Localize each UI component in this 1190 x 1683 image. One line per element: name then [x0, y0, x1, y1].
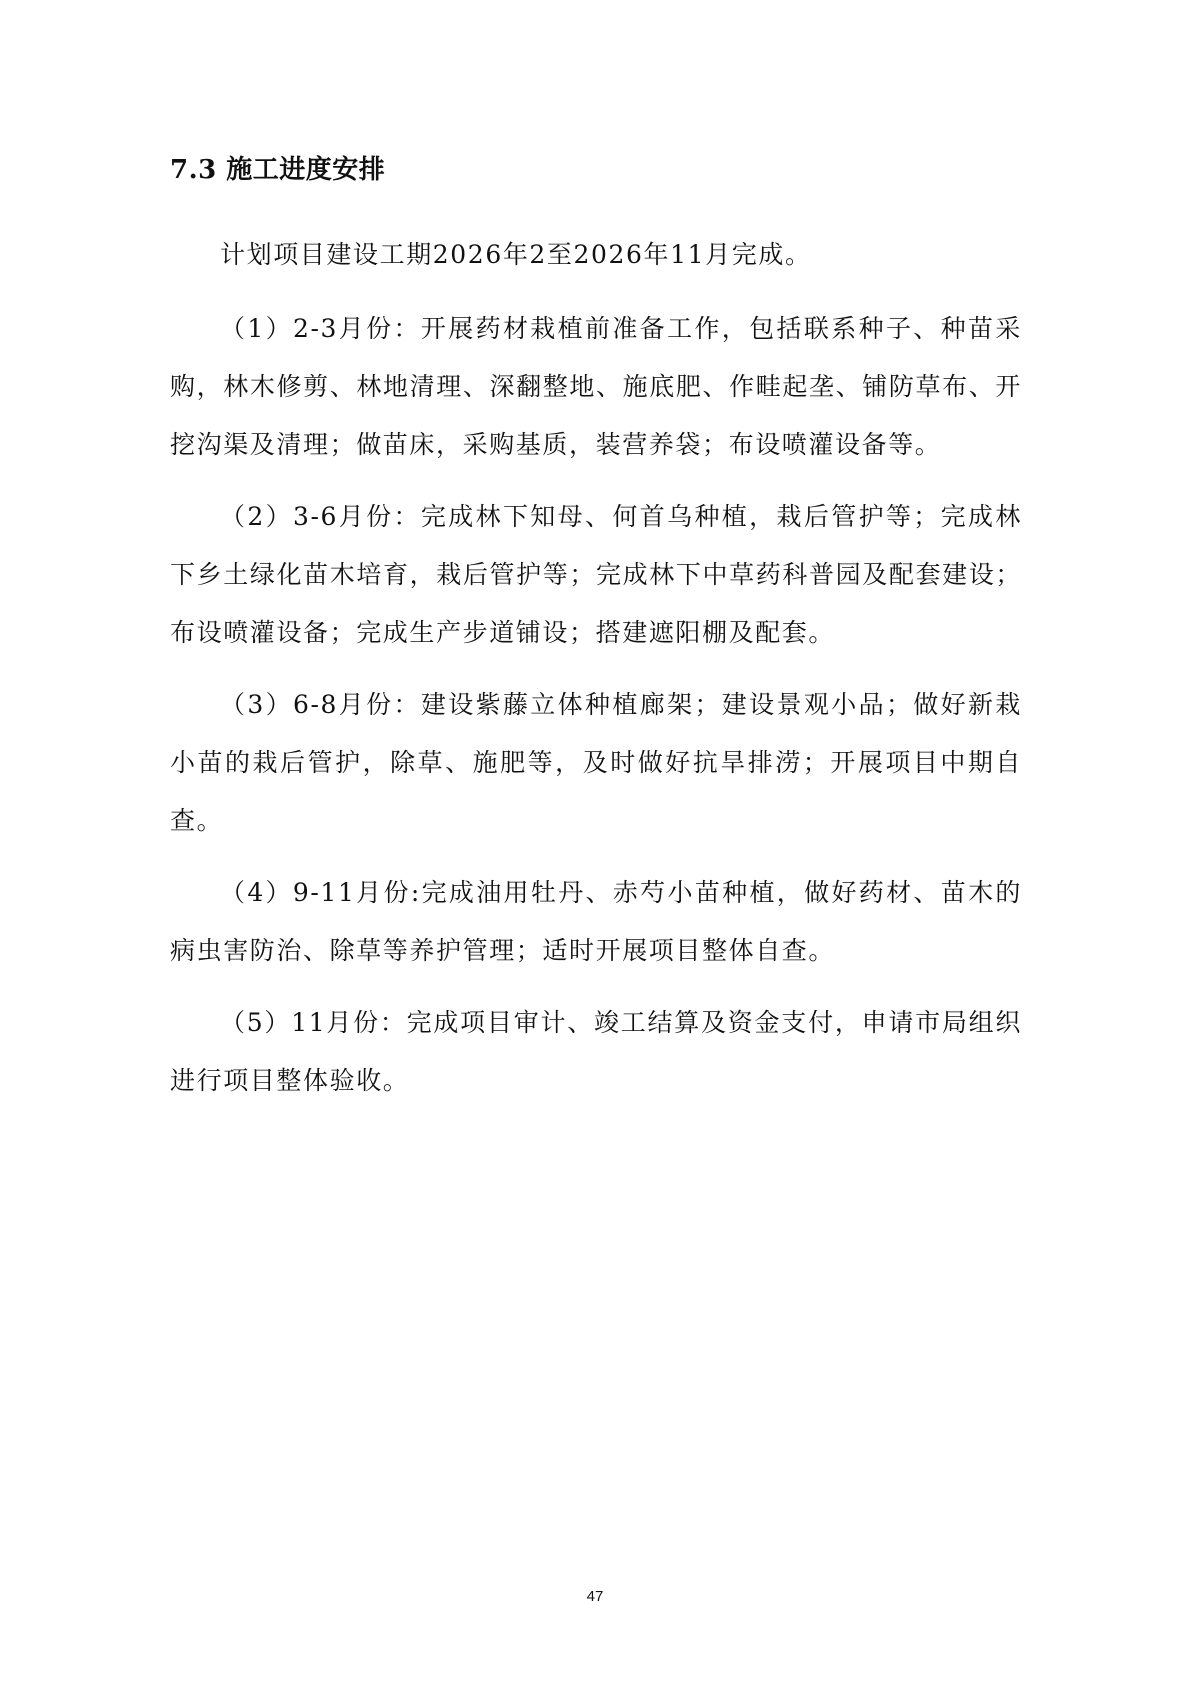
phase-1-paragraph: （1）2-3月份：开展药材栽植前准备工作，包括联系种子、种苗采购，林木修剪、林地… [170, 300, 1022, 474]
page-content: 7.3 施工进度安排 计划项目建设工期2026年2至2026年11月完成。 （1… [170, 150, 1022, 1124]
phase-4-paragraph: （4）9-11月份:完成油用牡丹、赤芍小苗种植，做好药材、苗木的病虫害防治、除草… [170, 864, 1022, 980]
phase-2-paragraph: （2）3-6月份：完成林下知母、何首乌种植，栽后管护等；完成林下乡土绿化苗木培育… [170, 488, 1022, 662]
schedule-overview-paragraph: 计划项目建设工期2026年2至2026年11月完成。 [170, 226, 1022, 284]
phase-3-paragraph: （3）6-8月份：建设紫藤立体种植廊架；建设景观小品；做好新栽小苗的栽后管护，除… [170, 676, 1022, 850]
section-heading: 7.3 施工进度安排 [170, 150, 1022, 190]
page-number: 47 [0, 1588, 1190, 1605]
phase-5-paragraph: （5）11月份：完成项目审计、竣工结算及资金支付，申请市局组织进行项目整体验收。 [170, 994, 1022, 1110]
document-page: 7.3 施工进度安排 计划项目建设工期2026年2至2026年11月完成。 （1… [0, 0, 1190, 1683]
